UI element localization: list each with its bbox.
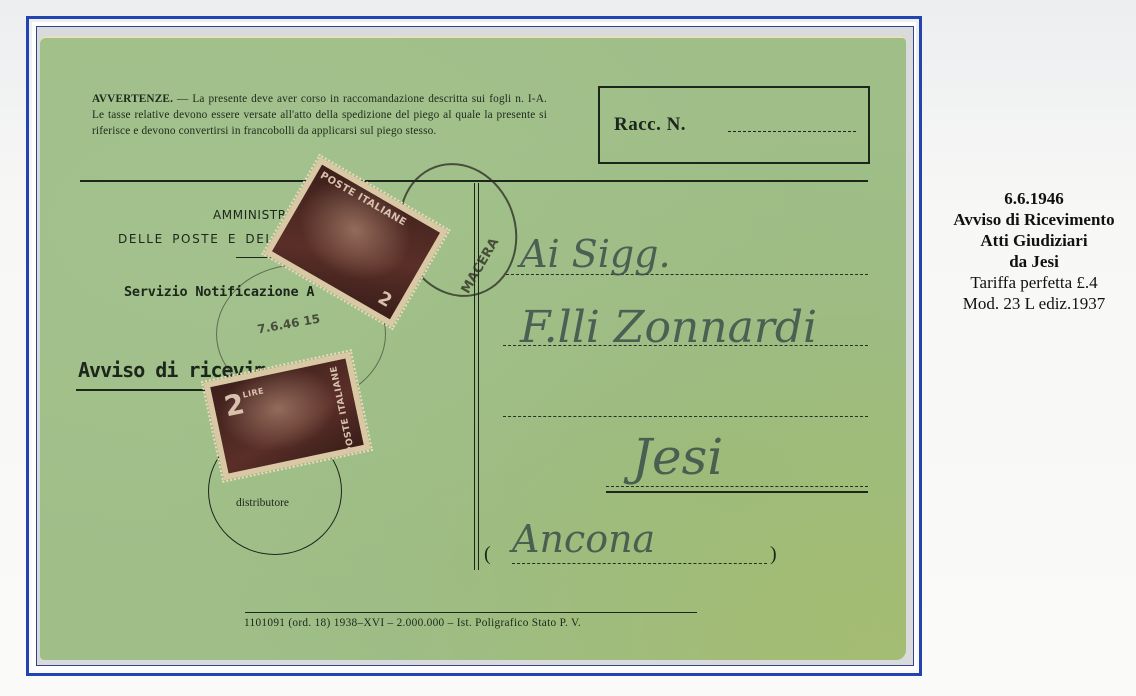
- handwriting-line-2: F.lli Zonnardi: [520, 302, 817, 353]
- caption-title-1: Avviso di Ricevimento: [932, 209, 1136, 230]
- address-underline: [606, 491, 868, 493]
- caption-tariff: Tariffa perfetta £.4: [932, 272, 1136, 293]
- paren-close: ): [770, 543, 777, 566]
- handwriting-line-1: Ai Sigg.: [520, 232, 671, 276]
- address-line-4: [606, 486, 868, 487]
- caption-model: Mod. 23 L ediz.1937: [932, 293, 1136, 314]
- notice-paragraph: AVVERTENZE. — La presente deve aver cors…: [92, 91, 547, 139]
- album-caption: 6.6.1946 Avviso di Ricevimento Atti Giud…: [932, 188, 1136, 314]
- address-line-3: [503, 416, 868, 417]
- handwriting-line-3: Jesi: [632, 428, 723, 486]
- registered-number-field: [728, 131, 856, 132]
- address-line-5: [512, 563, 767, 564]
- administration-line-2: DELLE POSTE E DEI: [118, 232, 271, 246]
- caption-title-2: Atti Giudiziari: [932, 230, 1136, 251]
- printer-imprint: 1101091 (ord. 18) 1938–XVI – 2.000.000 –…: [244, 617, 581, 629]
- registered-number-box: Racc. N.: [598, 86, 870, 164]
- footer-rule: [245, 612, 697, 613]
- registered-number-label: Racc. N.: [614, 114, 686, 136]
- handwriting-line-4: Ancona: [512, 517, 655, 561]
- form-title-rule: [76, 389, 226, 391]
- notice-title: AVVERTENZE.: [92, 93, 173, 105]
- paren-open: (: [484, 543, 491, 566]
- caption-origin: da Jesi: [932, 251, 1136, 272]
- caption-date: 6.6.1946: [932, 188, 1136, 209]
- distributor-label: distributore: [236, 497, 289, 509]
